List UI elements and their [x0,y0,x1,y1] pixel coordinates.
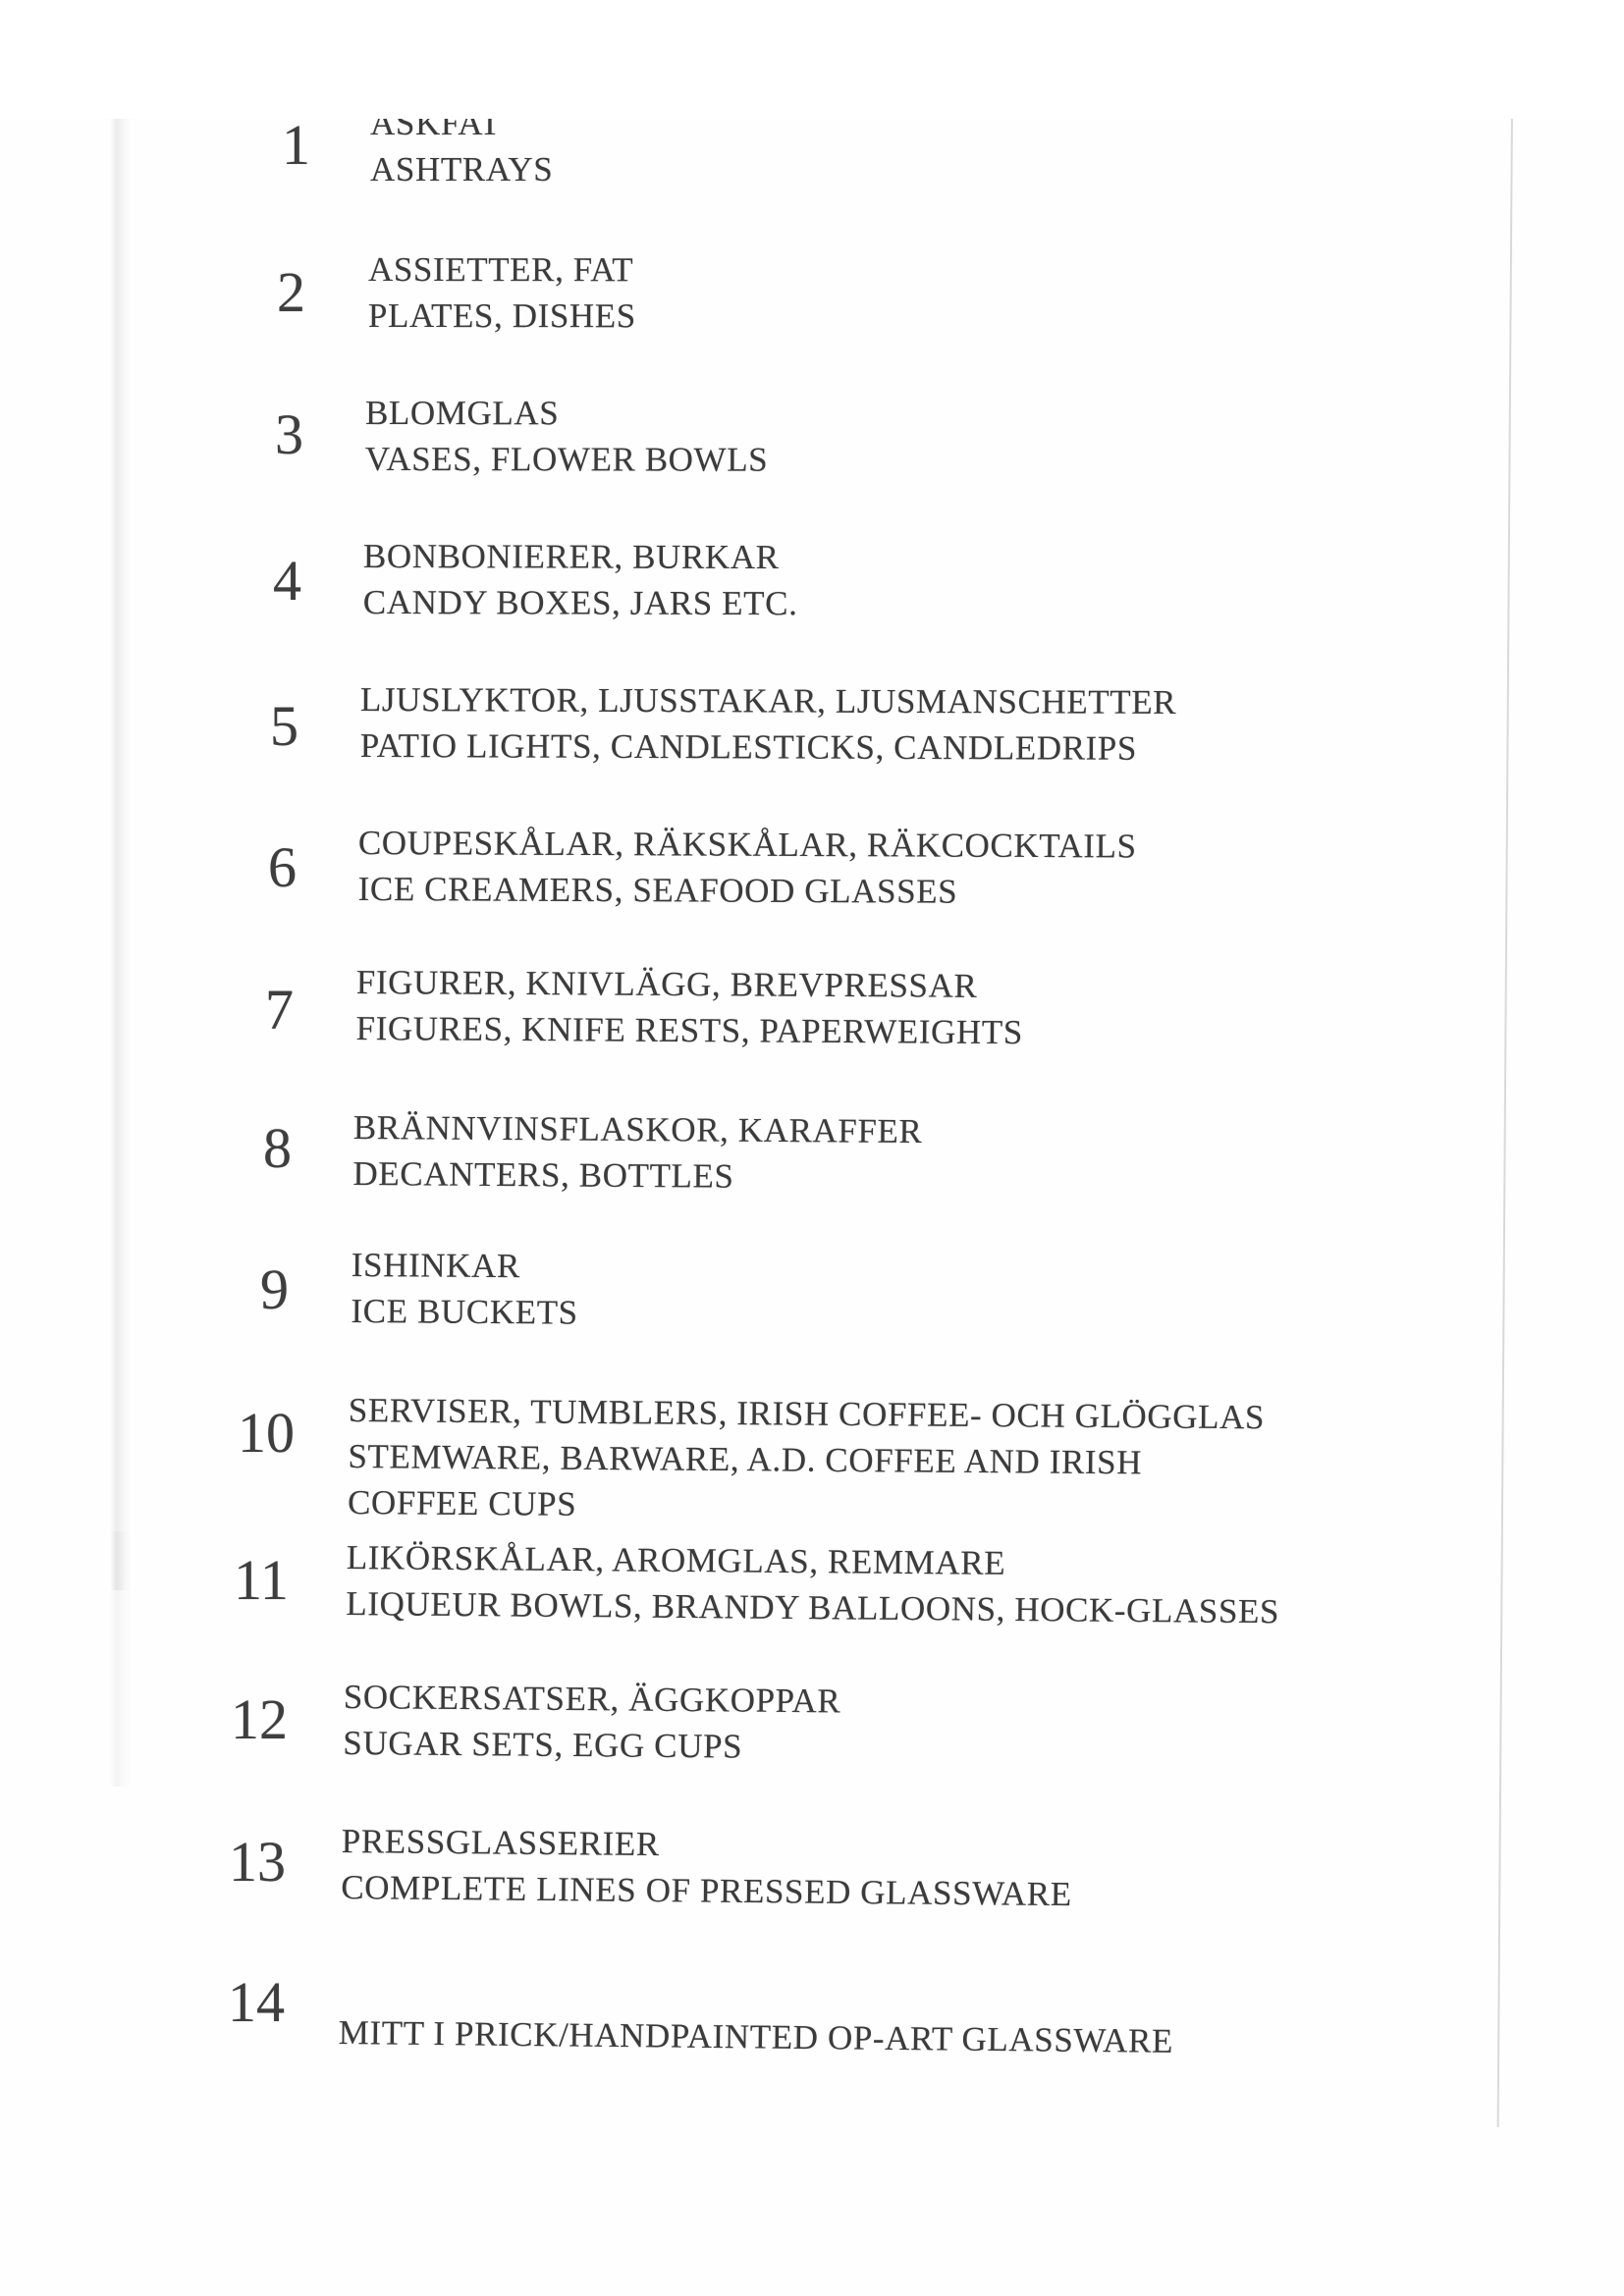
category-name-english: DECANTERS, BOTTLES [352,1150,922,1201]
category-name-english: LIQUEUR BOWLS, BRANDY BALLOONS, HOCK-GLA… [346,1580,1279,1634]
category-description: FIGURER, KNIVLÄGG, BREVPRESSARFIGURES, K… [355,959,1023,1055]
category-name-english: STEMWARE, BARWARE, A.D. COFFEE AND IRISH [348,1433,1265,1486]
category-name-swedish: SERVISER, TUMBLERS, IRISH COFFEE- OCH GL… [349,1387,1266,1440]
category-number: 5 [270,698,298,755]
category-name: MITT I PRICK/HANDPAINTED OP-ART GLASSWAR… [339,2009,1174,2064]
category-name-swedish: ASSIETTER, FAT [368,246,636,293]
category-name-swedish: LIKÖRSKÅLAR, AROMGLAS, REMMARE [347,1534,1280,1588]
category-description: BRÄNNVINSFLASKOR, KARAFFERDECANTERS, BOT… [352,1104,922,1201]
category-name-swedish: ISHINKAR [352,1242,579,1290]
category-number: 2 [277,264,305,321]
category-description: BONBONIERER, BURKARCANDY BOXES, JARS ETC… [363,533,798,626]
category-description: LIKÖRSKÅLAR, AROMGLAS, REMMARELIQUEUR BO… [346,1534,1279,1634]
category-name-english: SUGAR SETS, EGG CUPS [343,1720,840,1770]
category-name-english-cont: COFFEE CUPS [348,1479,1265,1532]
category-number: 1 [282,117,310,174]
category-name-swedish: LJUSLYKTOR, LJUSSTAKAR, LJUSMANSCHETTER [360,676,1176,725]
category-name-swedish: PRESSGLASSERIER [342,1818,1073,1871]
category-name-english: ICE CREAMERS, SEAFOOD GLASSES [358,866,1137,915]
category-number: 12 [231,1691,288,1748]
category-name-swedish: BONBONIERER, BURKAR [363,533,798,580]
category-name-swedish: BRÄNNVINSFLASKOR, KARAFFER [353,1104,923,1154]
category-number: 11 [234,1552,289,1609]
category-number: 3 [275,406,303,463]
scan-edge-left-lower [110,1531,132,1787]
scan-edge-left [110,118,132,1590]
category-name-english: ICE BUCKETS [351,1288,578,1336]
category-number: 4 [273,553,301,610]
category-name-english: CANDY BOXES, JARS ETC. [363,579,798,626]
category-name-english: FIGURES, KNIFE RESTS, PAPERWEIGHTS [355,1005,1023,1055]
category-description: MITT I PRICK/HANDPAINTED OP-ART GLASSWAR… [339,2009,1174,2064]
category-name-english: COMPLETE LINES OF PRESSED GLASSWARE [341,1864,1072,1917]
page-top-crop [0,0,1624,119]
category-name-swedish: BLOMGLAS [365,390,768,437]
scanned-page: 1ASKFATASHTRAYS2ASSIETTER, FATPLATES, DI… [0,0,1624,2296]
category-description: COUPESKÅLAR, RÄKSKÅLAR, RÄKCOCKTAILSICE … [358,820,1137,915]
category-description: SOCKERSATSER, ÄGGKOPPARSUGAR SETS, EGG C… [343,1674,840,1770]
category-number: 9 [260,1261,289,1318]
category-name-english: PATIO LIGHTS, CANDLESTICKS, CANDLEDRIPS [360,722,1176,772]
scan-edge-right-line [1497,107,1513,2127]
category-description: PRESSGLASSERIERCOMPLETE LINES OF PRESSED… [341,1818,1072,1917]
category-number: 7 [265,982,294,1039]
category-description: ISHINKARICE BUCKETS [351,1242,578,1336]
category-number: 14 [228,1974,285,2031]
category-number: 8 [263,1120,292,1177]
category-number: 10 [238,1405,295,1462]
category-name-english: PLATES, DISHES [368,293,636,339]
category-name-english: ASHTRAYS [370,146,553,192]
category-description: LJUSLYKTOR, LJUSSTAKAR, LJUSMANSCHETTERP… [360,676,1177,772]
category-name-swedish: COUPESKÅLAR, RÄKSKÅLAR, RÄKCOCKTAILS [358,820,1137,869]
category-name-swedish: SOCKERSATSER, ÄGGKOPPAR [344,1674,841,1724]
category-number: 6 [268,839,297,896]
category-description: BLOMGLASVASES, FLOWER BOWLS [365,390,769,483]
category-name-swedish: FIGURER, KNIVLÄGG, BREVPRESSAR [356,959,1024,1009]
category-description: SERVISER, TUMBLERS, IRISH COFFEE- OCH GL… [348,1387,1265,1532]
category-number: 13 [229,1834,286,1891]
category-name-english: VASES, FLOWER BOWLS [365,436,768,483]
category-description: ASSIETTER, FATPLATES, DISHES [368,246,636,339]
